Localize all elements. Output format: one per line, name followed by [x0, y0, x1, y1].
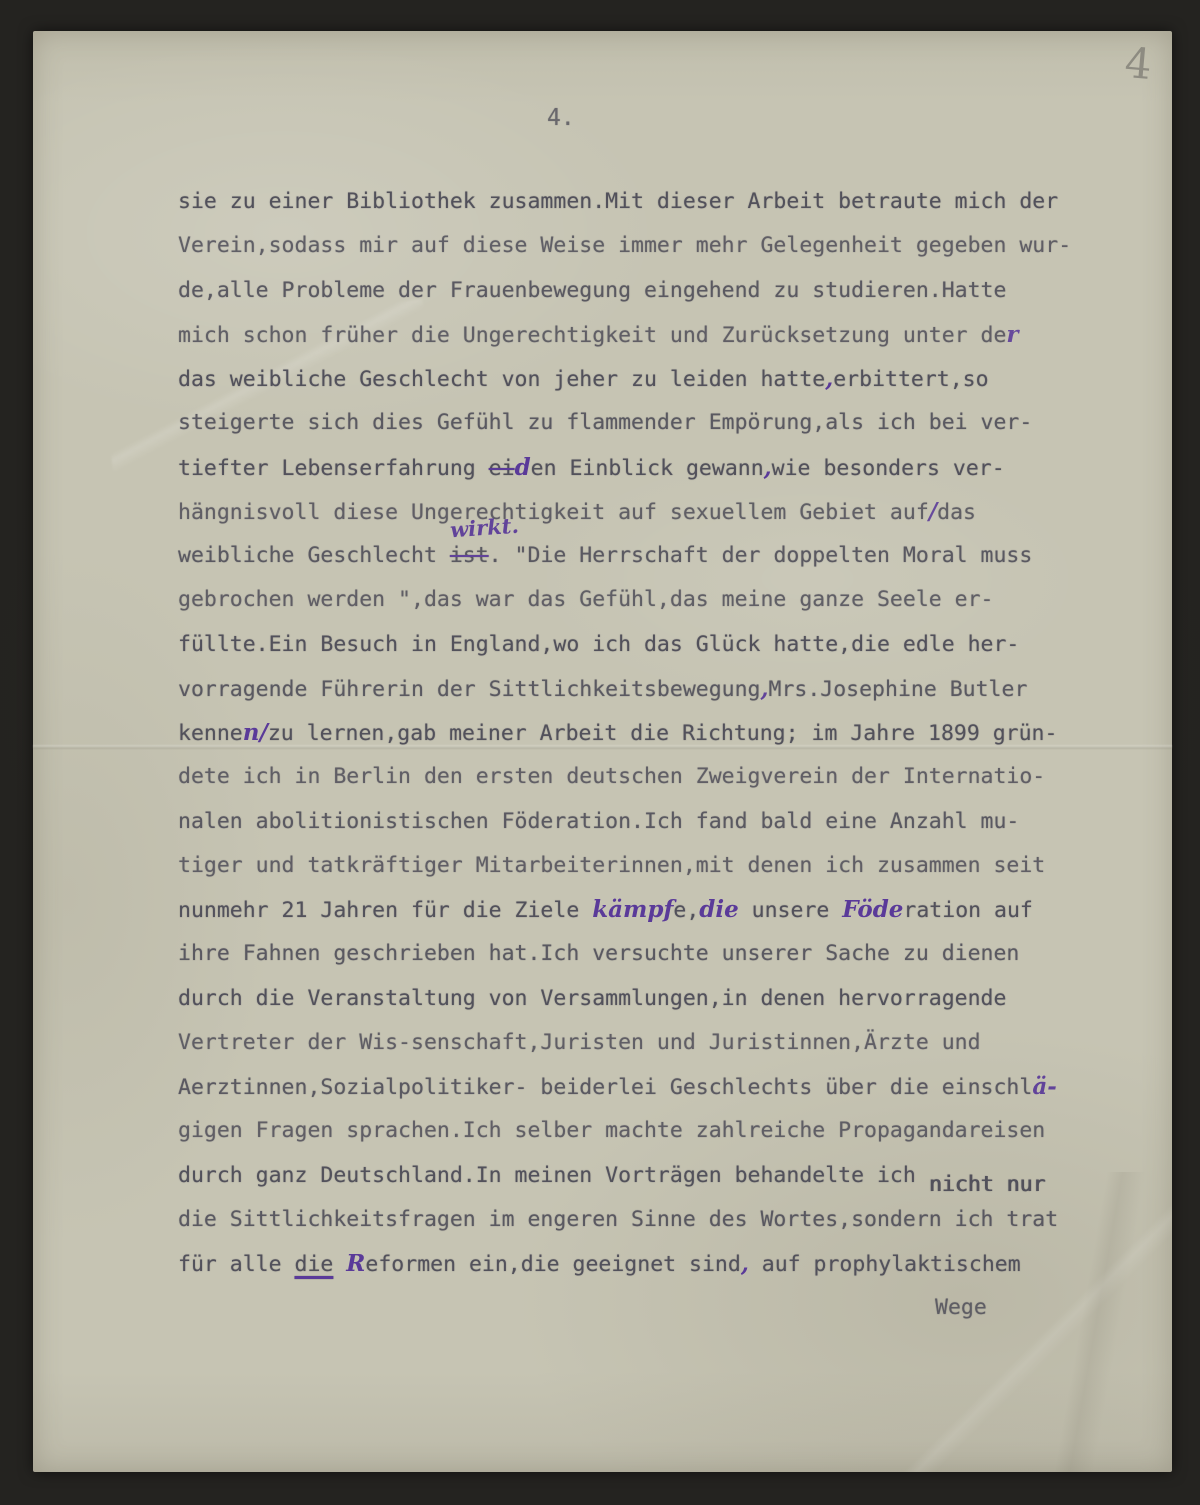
typed-text: das weibliche Geschlecht von jeher zu le…	[178, 367, 825, 392]
typed-text: e,	[673, 898, 699, 923]
typed-text: zu lernen,gab meiner Arbeit die Richtung…	[268, 721, 1058, 746]
typed-text: vorragende Führerin der Sittlichkeitsbew…	[178, 677, 760, 702]
typed-text: Mrs.Josephine Butler	[769, 677, 1028, 702]
handwritten-correction: ä-	[1032, 1073, 1056, 1100]
typed-text: eformen ein,die geeignet sind	[365, 1252, 740, 1277]
typed-text: mich schon früher die Ungerechtigkeit un…	[178, 323, 1006, 348]
typed-line: tiefter Lebenserfahrung eiden Einblick g…	[178, 446, 1118, 490]
typed-text: das	[937, 500, 976, 525]
typed-line: nunmehr 21 Jahren für die Ziele kämpfe,d…	[178, 888, 1118, 932]
typed-text: sie zu einer Bibliothek zusammen.Mit die…	[178, 189, 1058, 214]
text-block: sie zu einer Bibliothek zusammen.Mit die…	[178, 180, 1118, 1331]
typed-text: nalen abolitionistischen Föderation.Ich …	[178, 809, 1019, 834]
typed-line: Wege	[178, 1286, 1118, 1330]
typed-line: mich schon früher die Ungerechtigkeit un…	[178, 313, 1118, 357]
typed-text: durch ganz Deutschland.In meinen Vorträg…	[178, 1163, 929, 1188]
typed-text: Wege	[935, 1295, 987, 1320]
typed-text: Aerztinnen,Sozialpolitiker- beiderlei Ge…	[178, 1075, 1032, 1100]
typed-line: tiger und tatkräftiger Mitarbeiterinnen,…	[178, 844, 1118, 888]
typed-text: ihre Fahnen geschrieben hat.Ich versucht…	[178, 941, 1019, 966]
typed-line: dete ich in Berlin den ersten deutschen …	[178, 755, 1118, 799]
typed-text: tiger und tatkräftiger Mitarbeiterinnen,…	[178, 853, 1045, 878]
typed-line: gigen Fragen sprachen.Ich selber machte …	[178, 1109, 1118, 1153]
typed-text: en Einblick gewann	[531, 456, 764, 481]
typed-page-number: 4.	[547, 105, 575, 131]
handwritten-correction: ,	[764, 454, 772, 481]
typed-text: für alle	[178, 1252, 295, 1277]
typed-text: ration auf	[903, 898, 1032, 923]
typed-line: kennen/zu lernen,gab meiner Arbeit die R…	[178, 711, 1118, 755]
typed-line: durch die Veranstaltung von Versammlunge…	[178, 977, 1118, 1021]
typed-text: unsere	[739, 898, 843, 923]
typed-line: hängnisvoll diese Ungerechtigkeit auf se…	[178, 490, 1118, 534]
typed-line: ihre Fahnen geschrieben hat.Ich versucht…	[178, 932, 1118, 976]
handwritten-correction: n/	[243, 719, 268, 746]
typed-text: weibliche Geschlecht	[178, 543, 450, 568]
handwritten-correction: die	[699, 896, 738, 923]
handwritten-correction: d	[515, 454, 531, 481]
handwritten-correction: ,	[760, 675, 768, 702]
typed-line: Verein,sodass mir auf diese Weise immer …	[178, 224, 1118, 268]
typed-line: gebrochen werden ",das war das Gefühl,da…	[178, 578, 1118, 622]
typed-text: nunmehr 21 Jahren für die Ziele	[178, 898, 592, 923]
typed-text: hängnisvoll diese Ungerechtigkeit auf se…	[178, 500, 929, 525]
typed-line: steigerte sich dies Gefühl zu flammender…	[178, 401, 1118, 445]
scanned-letter-page: { "colors": { "paper": "#c6c4b3", "typed…	[0, 0, 1200, 1505]
typed-line: Aerztinnen,Sozialpolitiker- beiderlei Ge…	[178, 1065, 1118, 1109]
handwritten-correction: ,	[741, 1250, 749, 1277]
paper-sheet: 4 4. sie zu einer Bibliothek zusammen.Mi…	[33, 31, 1172, 1472]
typed-text: tiefter Lebenserfahrung	[178, 456, 489, 481]
typed-text: auf prophylaktischem	[749, 1252, 1021, 1277]
handwritten-correction: /	[929, 498, 937, 525]
typed-line: die Sittlichkeitsfragen im engeren Sinne…	[178, 1198, 1118, 1242]
typed-line: sie zu einer Bibliothek zusammen.Mit die…	[178, 180, 1118, 224]
strikethrough-text: ist	[450, 543, 489, 568]
handwritten-correction: R	[346, 1250, 365, 1277]
typed-text: füllte.Ein Besuch in England,wo ich das …	[178, 632, 1019, 657]
typed-text: steigerte sich dies Gefühl zu flammender…	[178, 410, 1032, 435]
typed-text: kenne	[178, 721, 243, 746]
typed-text: wie besonders ver-	[772, 456, 1005, 481]
typed-line: für alle die Reformen ein,die geeignet s…	[178, 1242, 1118, 1286]
pencil-page-number: 4	[1123, 38, 1154, 89]
handwritten-correction: r	[1006, 321, 1018, 348]
typed-text: erbittert,so	[833, 367, 988, 392]
typed-text: gigen Fragen sprachen.Ich selber machte …	[178, 1118, 1045, 1143]
typed-line: vorragende Führerin der Sittlichkeitsbew…	[178, 667, 1118, 711]
typed-text: gebrochen werden ",das war das Gefühl,da…	[178, 587, 993, 612]
typed-text: . "Die Herrschaft der doppelten Moral mu…	[489, 543, 1033, 568]
handwritten-correction: kämpf	[592, 896, 673, 923]
typed-line: de,alle Probleme der Frauenbewegung eing…	[178, 269, 1118, 313]
strikethrough-text: ei	[489, 456, 515, 481]
underlined-text: die	[295, 1252, 334, 1277]
typed-line: weibliche Geschlecht wirkt.ist. "Die Her…	[178, 534, 1118, 578]
typed-text	[333, 1252, 346, 1277]
typed-text: dete ich in Berlin den ersten deutschen …	[178, 764, 1045, 789]
typed-line: Vertreter der Wis-senschaft,Juristen und…	[178, 1021, 1118, 1065]
typed-text: Vertreter der Wis-senschaft,Juristen und…	[178, 1030, 981, 1055]
typed-text: die Sittlichkeitsfragen im engeren Sinne…	[178, 1207, 1058, 1232]
typed-line: das weibliche Geschlecht von jeher zu le…	[178, 357, 1118, 401]
typed-line: durch ganz Deutschland.In meinen Vorträg…	[178, 1154, 1118, 1198]
typed-text: Verein,sodass mir auf diese Weise immer …	[178, 233, 1071, 258]
typed-text: de,alle Probleme der Frauenbewegung eing…	[178, 278, 1006, 303]
typed-line: nalen abolitionistischen Föderation.Ich …	[178, 800, 1118, 844]
typed-text: durch die Veranstaltung von Versammlunge…	[178, 986, 1006, 1011]
handwritten-correction: Föde	[842, 896, 903, 923]
typed-line: füllte.Ein Besuch in England,wo ich das …	[178, 623, 1118, 667]
